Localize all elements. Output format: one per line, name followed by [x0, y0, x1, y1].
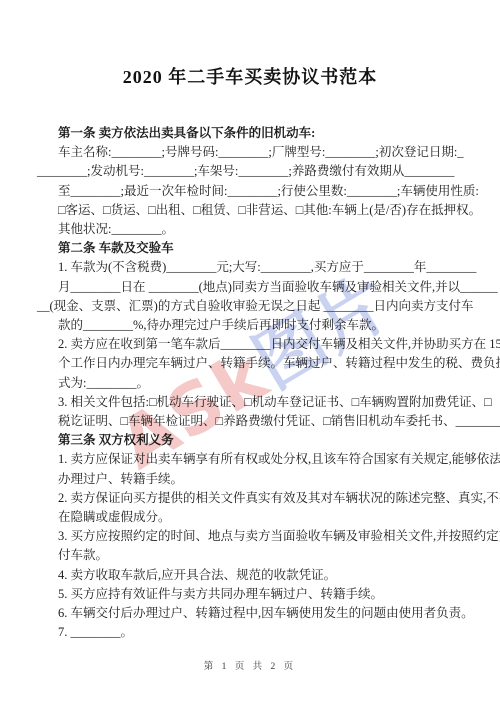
document-line: 月________日在 ________(地点)同卖方当面验收车辆及审验相关文件…: [58, 278, 470, 297]
document-line: 办理过户、转籍手续。: [58, 470, 470, 489]
document-line: 7. ________。: [58, 623, 470, 642]
document-body: 第一条 卖方依法出卖具备以下条件的旧机动车:车主名称:________;号牌号码…: [58, 124, 470, 642]
document-line: 第一条 卖方依法出卖具备以下条件的旧机动车:: [58, 124, 470, 143]
document-line: 车主名称:________;号牌号码:________;厂牌型号:_______…: [58, 143, 470, 162]
document-line: 1. 车款为(不含税费)________元;大写:________,买方应于__…: [58, 258, 470, 277]
document-page: ASk图片 2020 年二手车买卖协议书范本 第一条 卖方依法出卖具备以下条件的…: [0, 0, 500, 706]
document-line: 税讫证明、□车辆年检证明、□养路费缴付凭证、□销售旧机动车委托书、_______…: [58, 412, 470, 431]
document-line: 付车款。: [58, 546, 470, 565]
page-number: 第 1 页 共 2 页: [0, 658, 500, 672]
document-line: 款的________%,待办理完过户手续后再即时支付剩余车款。: [58, 316, 470, 335]
document-line: 5. 买方应持有效证件与卖方共同办理车辆过户、转籍手续。: [58, 585, 470, 604]
document-line: ________;发动机号:________;车架号:________;养路费缴…: [37, 162, 470, 181]
document-line: 第二条 车款及交验车: [58, 239, 470, 258]
page-title: 2020 年二手车买卖协议书范本: [0, 63, 500, 89]
document-line: 至________;最近一次年检时间:________;行使公里数:______…: [58, 182, 470, 201]
document-line: □客运、□货运、□出租、□租赁、□非营运、□其他:车辆上(是/否)存在抵押权。: [58, 201, 470, 220]
document-line: 2. 卖方保证向买方提供的相关文件真实有效及其对车辆状况的陈述完整、真实,不存: [58, 489, 470, 508]
document-line: 在隐瞒或虚假成分。: [58, 508, 470, 527]
document-line: 式为:________。: [58, 374, 470, 393]
document-line: 第三条 双方权利义务: [58, 431, 470, 450]
document-line: 4. 卖方收取车款后,应开具合法、规范的收款凭证。: [58, 566, 470, 585]
document-line: 2. 卖方应在收到第一笔车款后________日内交付车辆及相关文件,并协助买方…: [58, 335, 470, 354]
document-line: 3. 买方应按照约定的时间、地点与卖方当面验收车辆及审验相关文件,并按照约定支: [58, 527, 470, 546]
document-line: 个工作日内办理完车辆过户、转籍手续。车辆过户、转籍过程中发生的税、费负担方: [58, 354, 470, 373]
document-line: __(现金、支票、汇票)的方式自验收审验无误之日起 ________日内向卖方支…: [37, 297, 470, 316]
document-line: 3. 相关文件包括:□机动车行驶证、□机动车登记证书、□车辆购置附加费凭证、□: [58, 393, 470, 412]
document-line: 1. 卖方应保证对出卖车辆享有所有权或处分权,且该车符合国家有关规定,能够依法: [58, 450, 470, 469]
document-line: 其他状况:________。: [58, 220, 470, 239]
document-line: 6. 车辆交付后办理过户、转籍过程中,因车辆使用发生的问题由使用者负责。: [58, 604, 470, 623]
